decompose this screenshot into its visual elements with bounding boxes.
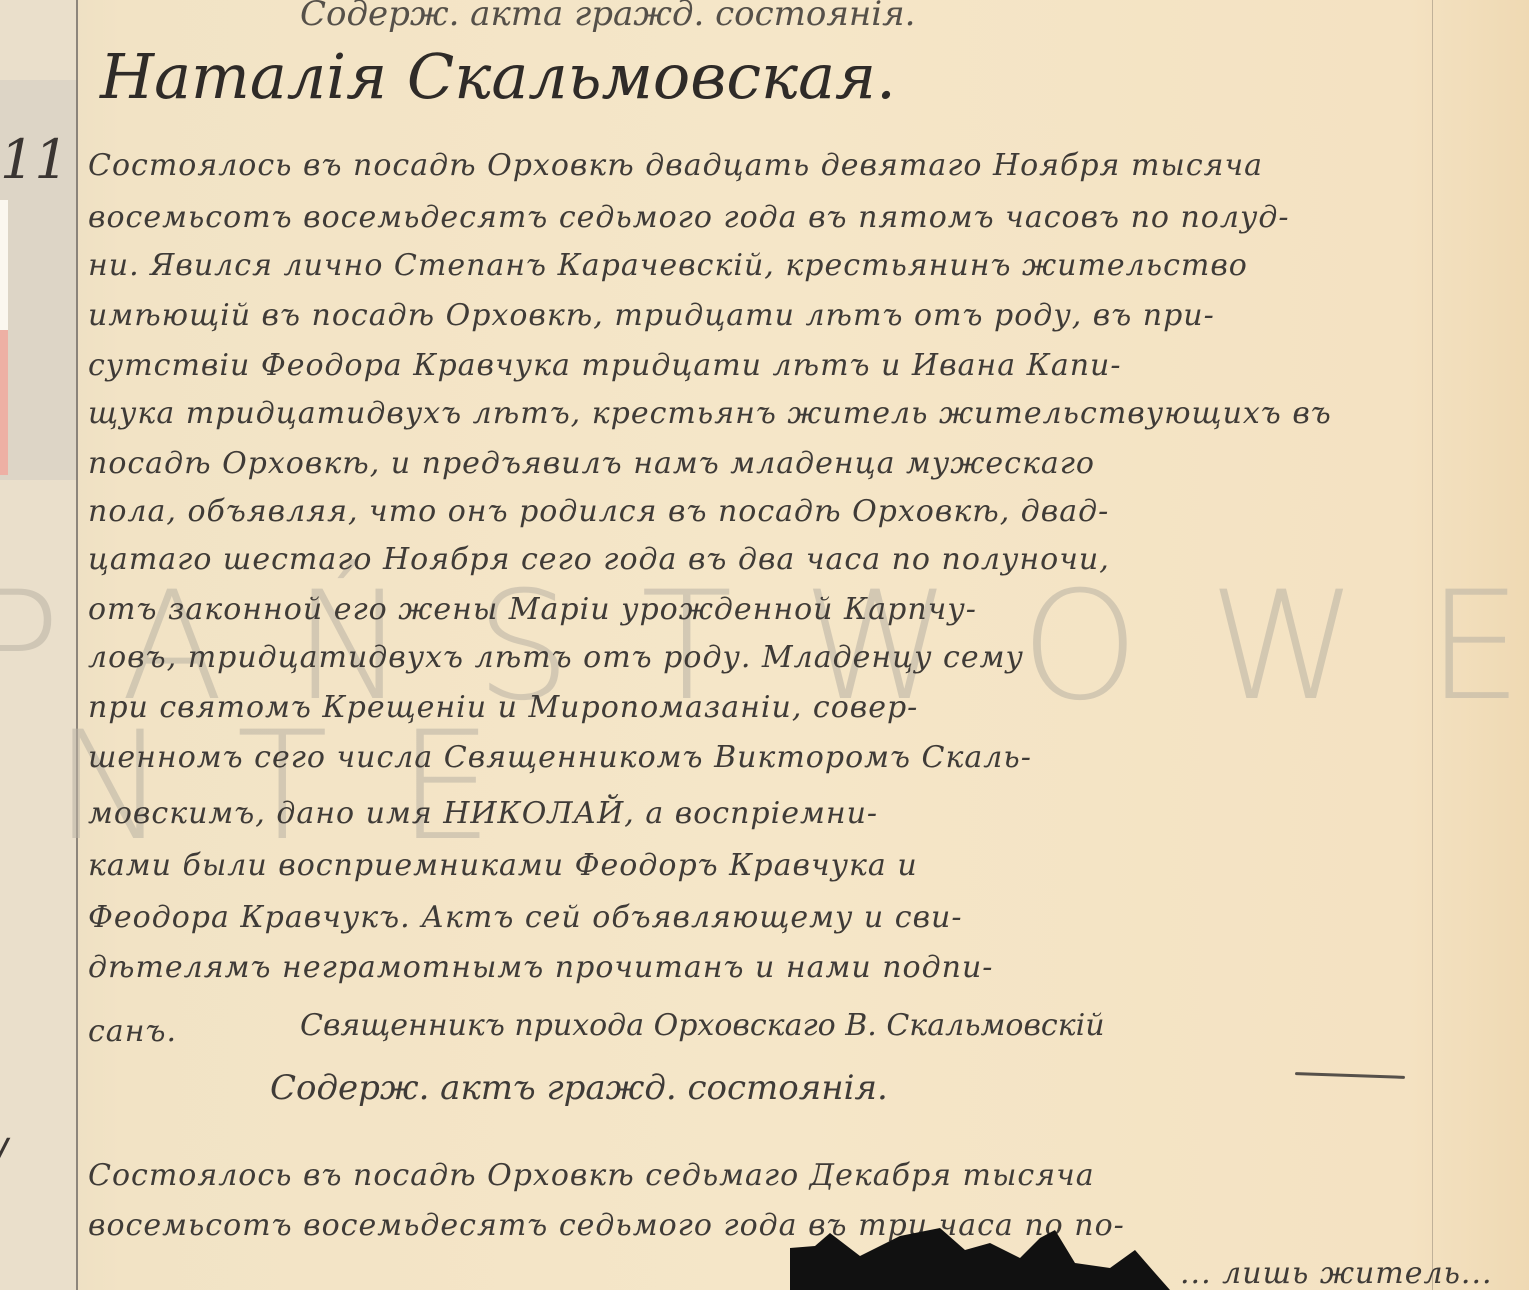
priest-signature: Священникъ прихода Орховскаго В. Скальмо… bbox=[300, 1008, 1105, 1043]
record-line: щука тридцатидвухъ лѣтъ, крестьянъ жител… bbox=[88, 396, 1332, 431]
record-heading: Содерж. акта гражд. состоянія. bbox=[300, 0, 915, 34]
record-line-with-baptismal-name: мовскимъ, дано имя НИКОЛАЙ, а воспріемни… bbox=[88, 796, 878, 831]
scan-edge-color-strip bbox=[0, 330, 8, 475]
record-line: восемьсотъ восемьдесятъ седьмого года въ… bbox=[88, 200, 1290, 235]
record-line: ками были восприемниками Феодоръ Кравчук… bbox=[88, 848, 918, 883]
record-line: шенномъ сего числа Священникомъ Виктором… bbox=[88, 740, 1032, 775]
record-line: ловъ, тридцатидвухъ лѣтъ отъ роду. Младе… bbox=[88, 640, 1024, 675]
record-line: сутствіи Феодора Кравчука тридцати лѣтъ … bbox=[88, 348, 1122, 383]
record-line: посадѣ Орховкѣ, и предъявилъ намъ младен… bbox=[88, 446, 1095, 481]
record-line: при святомъ Крещеніи и Миропомазаніи, со… bbox=[88, 690, 918, 725]
record-number: 11 bbox=[0, 128, 69, 191]
record-line: цатаго шестаго Ноября сего года въ два ч… bbox=[88, 542, 1110, 577]
record-2-line: ... лишь житель... bbox=[1180, 1256, 1493, 1290]
torn-paper-damage bbox=[790, 1228, 1170, 1290]
scan-edge-highlight bbox=[0, 200, 8, 330]
record-line: дѣтелямъ неграмотнымъ прочитанъ и нами п… bbox=[88, 950, 993, 985]
record-line: санъ. bbox=[88, 1014, 177, 1049]
record-subject-name: Наталія Скальмовская. bbox=[100, 40, 896, 113]
record-line: имѣющій въ посадѣ Орховкѣ, тридцати лѣтъ… bbox=[88, 298, 1215, 333]
record-line: Феодора Кравчукъ. Актъ сей объявляющему … bbox=[88, 900, 963, 935]
record-2-line: Состоялось въ посадѣ Орховкѣ седьмаго Де… bbox=[88, 1158, 1095, 1193]
record-line: ни. Явился лично Степанъ Карачевскій, кр… bbox=[88, 248, 1248, 283]
record-number-2: / bbox=[0, 1130, 7, 1181]
record-2-heading: Содерж. актъ гражд. состоянія. bbox=[270, 1068, 888, 1108]
record-line: Состоялось въ посадѣ Орховкѣ двадцать де… bbox=[88, 148, 1263, 183]
record-line: отъ законной его жены Маріи урожденной К… bbox=[88, 592, 977, 627]
record-line: пола, объявляя, что онъ родился въ посад… bbox=[88, 494, 1109, 529]
